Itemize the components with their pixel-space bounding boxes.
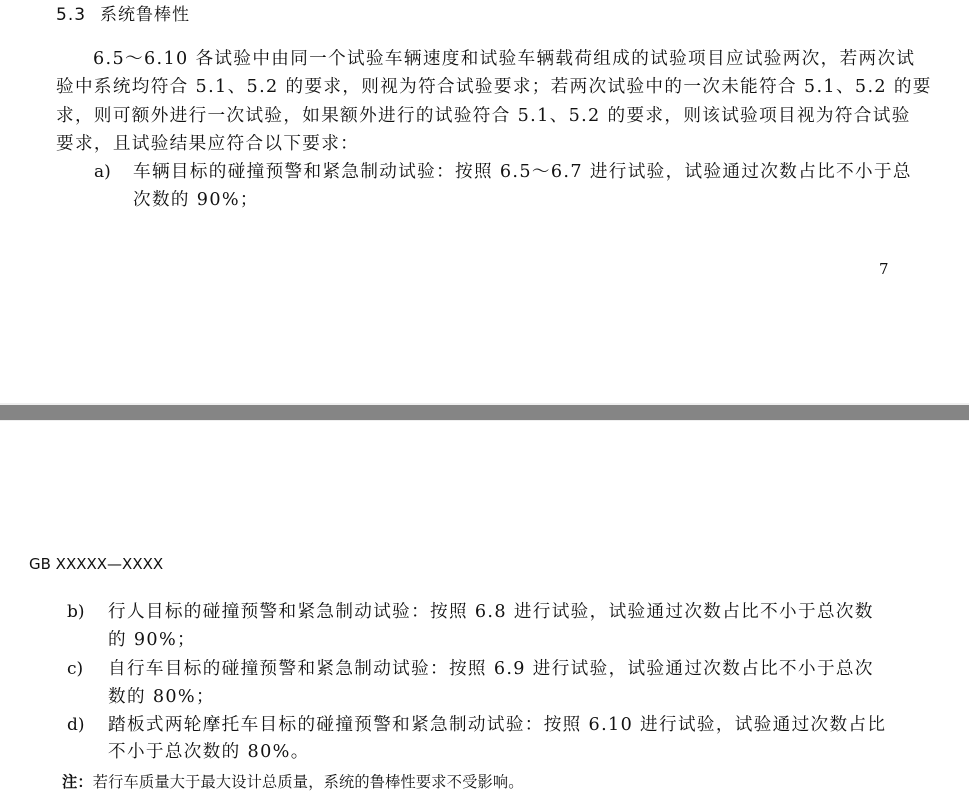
note-text: 若行车质量大于最大设计总质量，系统的鲁棒性要求不受影响。 xyxy=(93,773,524,791)
page-separator xyxy=(0,403,969,422)
paragraph-line: 要求，且试验结果应符合以下要求： xyxy=(56,133,359,155)
note: 注：若行车质量大于最大设计总质量，系统的鲁棒性要求不受影响。 xyxy=(62,772,524,792)
list-item-line: 车辆目标的碰撞预警和紧急制动试验：按照 6.5～6.7 进行试验，试验通过次数占… xyxy=(133,161,912,183)
list-item-label: c) xyxy=(67,658,83,680)
list-item-line: 次数的 90%； xyxy=(133,189,259,211)
list-item-line: 自行车目标的碰撞预警和紧急制动试验：按照 6.9 进行试验，试验通过次数占比不小… xyxy=(108,658,874,680)
paragraph-line: 求，则可额外进行一次试验，如果额外进行的试验符合 5.1、5.2 的要求，则该试… xyxy=(56,105,911,127)
list-item-line: 的 90%； xyxy=(108,629,196,651)
list-item-line: 数的 80%； xyxy=(108,686,215,708)
document-page-7: 5.3系统鲁棒性 6.5～6.10 各试验中由同一个试验车辆速度和试验车辆载荷组… xyxy=(0,0,969,404)
paragraph-line: 验中系统均符合 5.1、5.2 的要求，则视为符合试验要求；若两次试验中的一次未… xyxy=(56,76,932,98)
paragraph-line: 6.5～6.10 各试验中由同一个试验车辆速度和试验车辆载荷组成的试验项目应试验… xyxy=(93,48,915,70)
list-item-line: 行人目标的碰撞预警和紧急制动试验：按照 6.8 进行试验，试验通过次数占比不小于… xyxy=(108,601,874,623)
list-item-label: b) xyxy=(67,601,85,623)
document-code-header: GB XXXXX—XXXX xyxy=(29,554,163,574)
page-number: 7 xyxy=(879,259,889,279)
document-page-8: GB XXXXX—XXXX b) 行人目标的碰撞预警和紧急制动试验：按照 6.8… xyxy=(0,421,969,812)
section-heading: 5.3系统鲁棒性 xyxy=(56,4,190,26)
section-number: 5.3 xyxy=(56,5,86,25)
list-item-line: 不小于总次数的 80%。 xyxy=(108,741,310,763)
list-item-label: a) xyxy=(94,161,111,183)
section-title: 系统鲁棒性 xyxy=(100,5,190,25)
list-item-label: d) xyxy=(67,714,85,736)
note-label: 注： xyxy=(62,773,93,791)
list-item-line: 踏板式两轮摩托车目标的碰撞预警和紧急制动试验：按照 6.10 进行试验，试验通过… xyxy=(108,714,886,736)
